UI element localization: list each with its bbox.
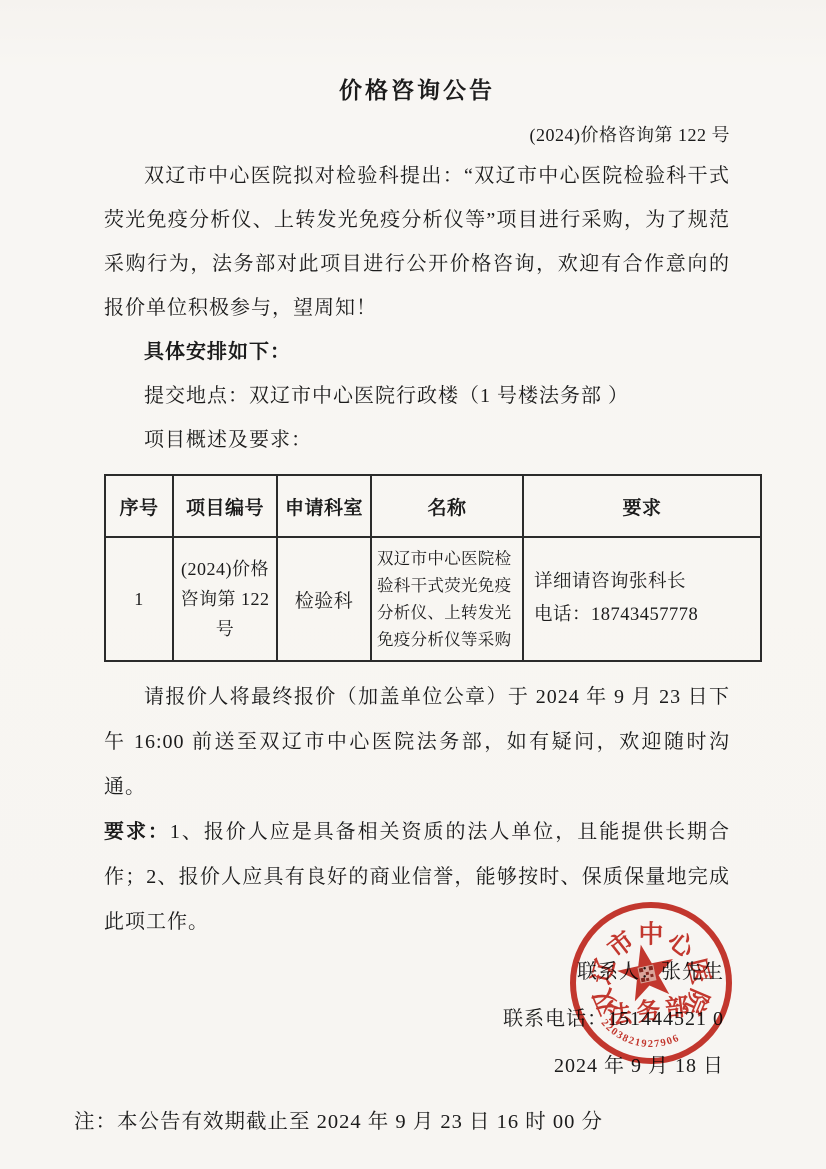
seal-org-char: 市 — [603, 926, 640, 963]
table-row: 1 (2024)价格咨询第 122 号 检验科 双辽市中心医院检验科干式荧光免疫… — [105, 537, 761, 661]
table-header-requirement: 要求 — [523, 475, 761, 537]
validity-note: 注：本公告有效期截止至 2024 年 9 月 23 日 16 时 00 分 — [74, 1106, 730, 1138]
intro-paragraph: 双辽市中心医院拟对检验科提出：“双辽市中心医院检验科干式荧光免疫分析仪、上转发光… — [104, 154, 730, 330]
requirements-label: 要求： — [104, 821, 170, 843]
overview-heading: 项目概述及要求： — [104, 418, 730, 462]
cell-name: 双辽市中心医院检验科干式荧光免疫分析仪、上转发光免疫分析仪等采购 — [371, 537, 523, 661]
cell-seq: 1 — [105, 537, 173, 661]
table-header-department: 申请科室 — [277, 475, 371, 537]
official-seal: 双 辽 市 中 心 医 院 法务部 2203821927906 — [556, 888, 746, 1078]
table-header-seq: 序号 — [105, 475, 173, 537]
page-title: 价格咨询公告 — [104, 70, 730, 112]
cell-department: 检验科 — [277, 537, 371, 661]
seal-org-char: 医 — [681, 956, 714, 987]
cell-project-no: (2024)价格咨询第 122 号 — [173, 537, 277, 661]
scanned-document-page: 价格咨询公告 (2024)价格咨询第 122 号 双辽市中心医院拟对检验科提出：… — [0, 0, 826, 1169]
requirement-contact-line: 详细请咨询张科长 — [534, 566, 754, 599]
arrangement-heading: 具体安排如下： — [104, 330, 730, 374]
requirement-phone-line: 电话：18743457778 — [534, 599, 754, 632]
projects-table: 序号 项目编号 申请科室 名称 要求 1 (2024)价格咨询第 122 号 检… — [104, 474, 762, 662]
seal-org-char: 辽 — [587, 956, 620, 987]
deadline-paragraph: 请报价人将最终报价（加盖单位公章）于 2024 年 9 月 23 日下午 16:… — [104, 675, 730, 810]
table-header-project-no: 项目编号 — [173, 475, 277, 537]
seal-qr-icon — [638, 965, 657, 984]
cell-requirement: 详细请咨询张科长 电话：18743457778 — [523, 537, 761, 661]
doc-number: (2024)价格咨询第 122 号 — [104, 120, 730, 150]
seal-org-char: 中 — [638, 921, 663, 949]
table-header-row: 序号 项目编号 申请科室 名称 要求 — [105, 475, 761, 537]
table-header-name: 名称 — [371, 475, 523, 537]
submit-location: 提交地点：双辽市中心医院行政楼（1 号楼法务部 ） — [104, 374, 730, 418]
